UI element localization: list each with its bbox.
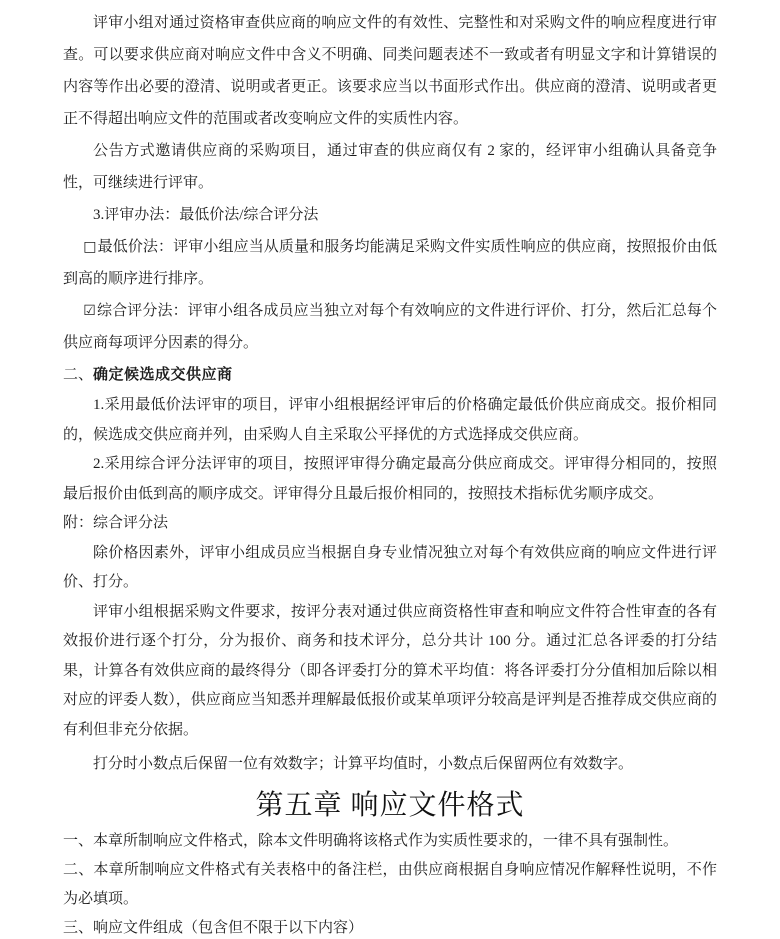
paragraph-clarification-rules: 评审小组对通过资格审查供应商的响应文件的有效性、完整性和对采购文件的响应程度进行…: [63, 7, 717, 135]
paragraph-two-suppliers-competition: 公告方式邀请供应商的采购项目，通过审查的供应商仅有 2 家的，经评审小组确认具备…: [63, 135, 717, 199]
option-lowest-price-method: □最低价法：评审小组应当从质量和服务均能满足采购文件实质性响应的供应商，按照报价…: [63, 231, 717, 295]
chapter-title: 第五章 响应文件格式: [63, 785, 717, 827]
section-heading-text: 确定候选成交供应商: [93, 366, 233, 383]
paragraph-attachment-label: 附：综合评分法: [63, 509, 717, 539]
paragraph-independent-scoring: 除价格因素外，评审小组成员应当根据自身专业情况独立对每个有效供应商的响应文件进行…: [63, 539, 717, 598]
checkbox-unchecked-icon: □: [83, 239, 96, 255]
checkbox-checked-icon: ☑: [83, 303, 96, 319]
procurement-document-page: 评审小组对通过资格审查供应商的响应文件的有效性、完整性和对采购文件的响应程度进行…: [0, 0, 780, 939]
paragraph-remarks-column: 二、本章所制响应文件格式有关表格中的备注栏，由供应商根据自身响应情况作解释性说明…: [63, 856, 717, 914]
option-comprehensive-scoring-method: ☑综合评分法：评审小组各成员应当独立对每个有效响应的文件进行评价、打分，然后汇总…: [63, 295, 717, 359]
paragraph-scoring-table-rules: 评审小组根据采购文件要求，按评分表对通过供应商资格性审查和响应文件符合性审查的各…: [63, 598, 717, 746]
paragraph-lowest-price-award: 1.采用最低价法评审的项目，评审小组根据经评审后的价格确定最低价供应商成交。报价…: [63, 391, 717, 450]
paragraph-review-method: 3.评审办法：最低价法/综合评分法: [63, 199, 717, 231]
option-lowest-price-text: 最低价法：评审小组应当从质量和服务均能满足采购文件实质性响应的供应商，按照报价由…: [63, 239, 717, 287]
paragraph-decimal-rules: 打分时小数点后保留一位有效数字；计算平均值时，小数点后保留两位有效数字。: [63, 750, 717, 780]
paragraph-response-doc-composition: 三、响应文件组成（包含但不限于以下内容）: [63, 914, 717, 939]
option-comprehensive-scoring-text: 综合评分法：评审小组各成员应当独立对每个有效响应的文件进行评价、打分，然后汇总每…: [63, 303, 717, 351]
section-heading-number: 二、: [63, 367, 93, 383]
paragraph-comprehensive-score-award: 2.采用综合评分法评审的项目，按照评审得分确定最高分供应商成交。评审得分相同的，…: [63, 450, 717, 509]
section-heading-candidate-suppliers: 二、确定候选成交供应商: [63, 359, 717, 391]
paragraph-format-not-mandatory: 一、本章所制响应文件格式，除本文件明确将该格式作为实质性要求的，一律不具有强制性…: [63, 827, 717, 856]
